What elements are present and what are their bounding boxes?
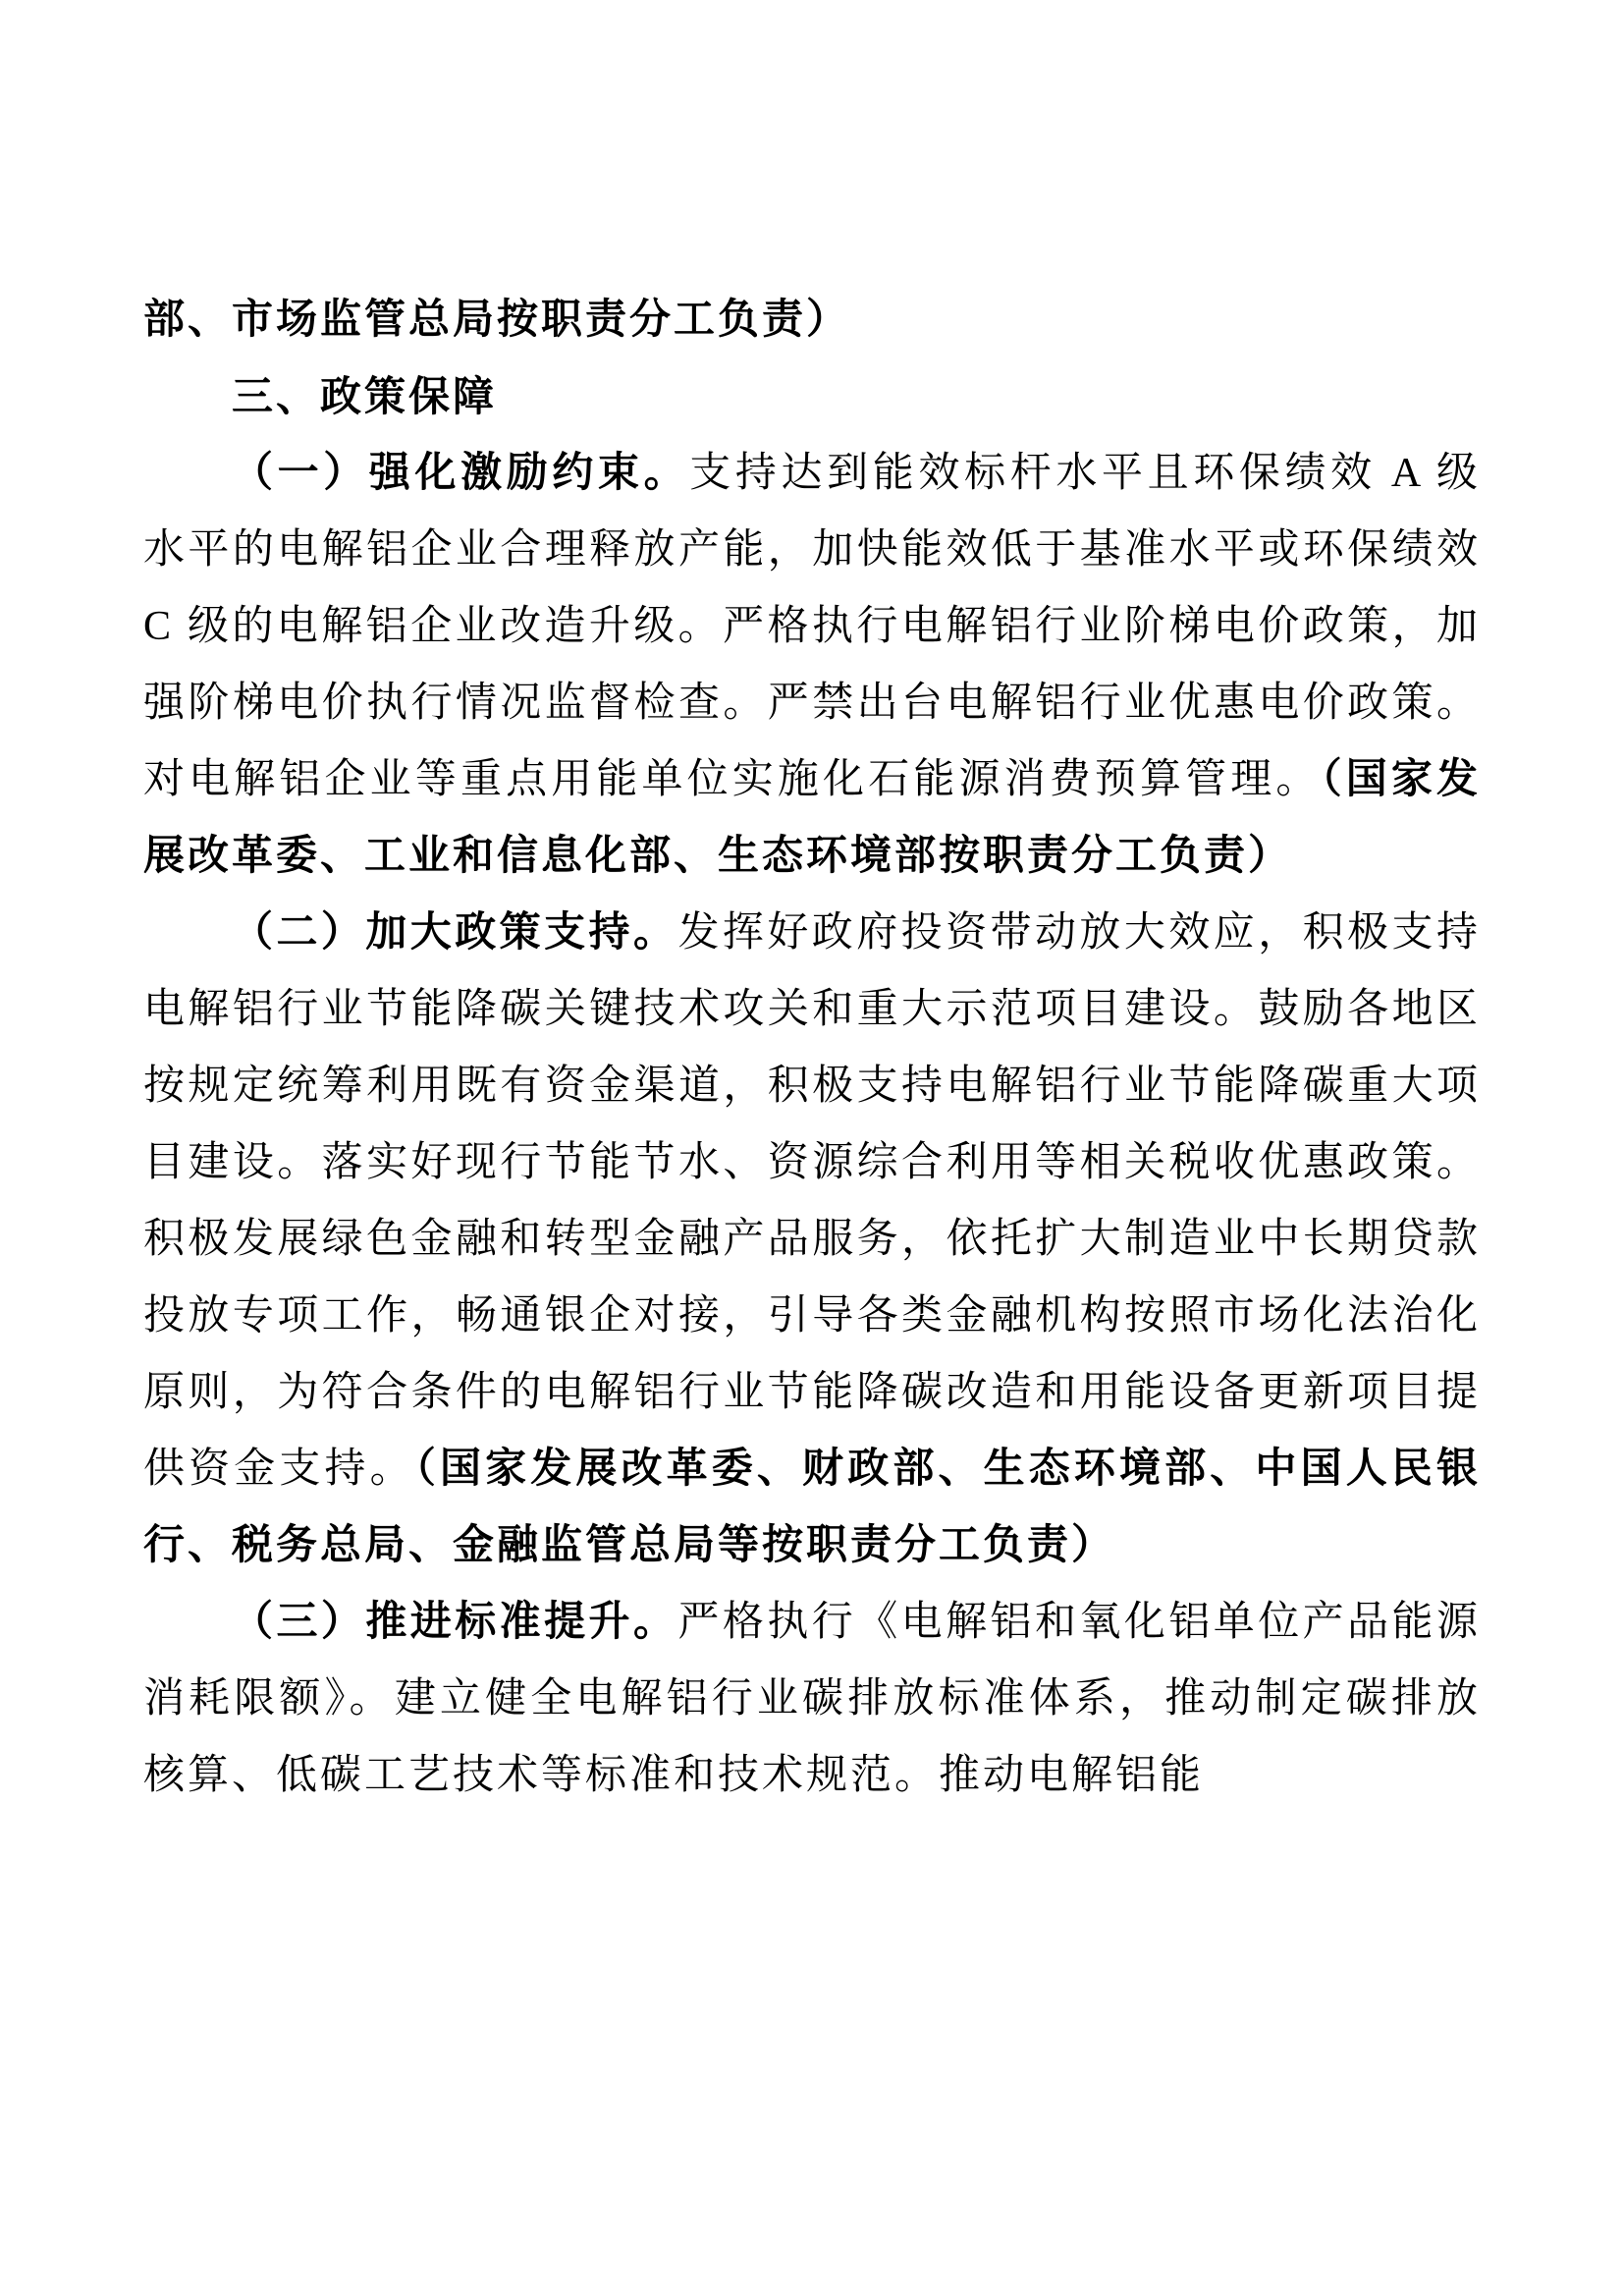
document-page: 部、市场监管总局按职责分工负责） 三、政策保障 （一）强化激励约束。支持达到能效… (0, 0, 1623, 2296)
paragraph-3: （三）推进标准提升。严格执行《电解铝和氧化铝单位产品能源消耗限额》。建立健全电解… (143, 1584, 1481, 1814)
paragraph-1-lead: （一）强化激励约束。 (232, 451, 689, 496)
paragraph-1: （一）强化激励约束。支持达到能效标杆水平且环保绩效 A 级水平的电解铝企业合理释… (143, 435, 1481, 895)
paragraph-2-lead: （二）加大政策支持。 (232, 910, 677, 956)
paragraph-3-lead: （三）推进标准提升。 (232, 1600, 677, 1645)
document-content: 部、市场监管总局按职责分工负责） 三、政策保障 （一）强化激励约束。支持达到能效… (143, 282, 1481, 1814)
paragraph-1-body: 支持达到能效标杆水平且环保绩效 A 级水平的电解铝企业合理释放产能，加快能效低于… (143, 451, 1481, 802)
paragraph-2-body: 发挥好政府投资带动放大效应，积极支持电解铝行业节能降碳关键技术攻关和重大示范项目… (143, 910, 1481, 1492)
paragraph-2: （二）加大政策支持。发挥好政府投资带动放大效应，积极支持电解铝行业节能降碳关键技… (143, 895, 1481, 1584)
section-heading: 三、政策保障 (143, 358, 1481, 435)
attribution-continuation-line: 部、市场监管总局按职责分工负责） (143, 282, 1481, 358)
